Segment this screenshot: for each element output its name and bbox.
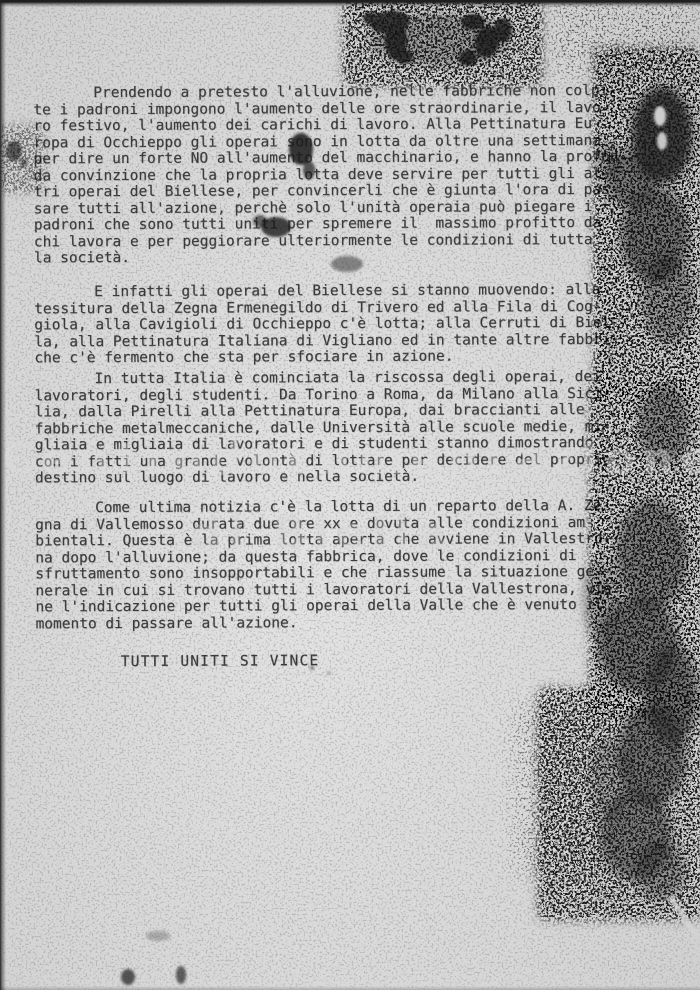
scan-edge-top xyxy=(0,0,700,7)
scan-edge-left xyxy=(0,0,6,990)
text-line: tri operai del Biellese, per convincerli… xyxy=(34,182,656,201)
paragraph-2: E infatti gli operai del Biellese si sta… xyxy=(34,282,656,367)
text-line: ro festivo, l'aumento dei carichi di lav… xyxy=(33,116,655,135)
text-line: E infatti gli operai del Biellese si sta… xyxy=(34,282,656,301)
scan-edge-bottom xyxy=(0,986,700,990)
text-line: la, alla Pettinatura Italiana di Viglian… xyxy=(34,331,656,350)
text-line: momento di passare all'azione. xyxy=(36,613,658,632)
text-line: Prendendo a pretesto l'alluvione, nelle … xyxy=(33,83,655,102)
text-line: che c'è fermento che sta per sfociare in… xyxy=(34,348,656,367)
text-line: lia, dalla Pirelli alla Pettinatura Euro… xyxy=(35,402,657,421)
text-line: la società. xyxy=(34,248,656,267)
slogan-text: TUTTI UNITI SI VINCE xyxy=(121,653,320,670)
text-line: gliaia e migliaia di lavoratori e di stu… xyxy=(35,435,657,454)
text-line: destino sul luogo di lavoro e nella soci… xyxy=(35,468,657,487)
text-line: chi lavora e per peggiorare ulteriorment… xyxy=(34,231,656,250)
document-text: Prendendo a pretesto l'alluvione, nelle … xyxy=(0,0,700,990)
text-line: sfruttamento sono insopportabili e che r… xyxy=(35,564,657,583)
scanned-document-page: Prendendo a pretesto l'alluvione, nelle … xyxy=(0,0,700,990)
text-line: giola, alla Cavigioli di Occhieppo c'è l… xyxy=(34,315,656,334)
text-line: per dire un forte NO all'aumento del mac… xyxy=(33,149,655,168)
text-line: con i fatti una grande volontà di lottar… xyxy=(35,451,657,470)
text-line: Come ultima notizia c'è la lotta di un r… xyxy=(35,498,657,517)
text-line: padroni che sono tutti uniti per spremer… xyxy=(34,215,656,234)
text-line: bientali. Questa è la prima lotta aperta… xyxy=(35,531,657,550)
text-line: In tutta Italia è cominciata la riscossa… xyxy=(34,369,656,388)
text-line: ne l'indicazione per tutti gli operai de… xyxy=(35,597,657,616)
paragraph-3: In tutta Italia è cominciata la riscossa… xyxy=(34,369,656,487)
paragraph-1: Prendendo a pretesto l'alluvione, nelle … xyxy=(33,83,656,267)
paragraph-4: Come ultima notizia c'è la lotta di un r… xyxy=(35,498,658,633)
